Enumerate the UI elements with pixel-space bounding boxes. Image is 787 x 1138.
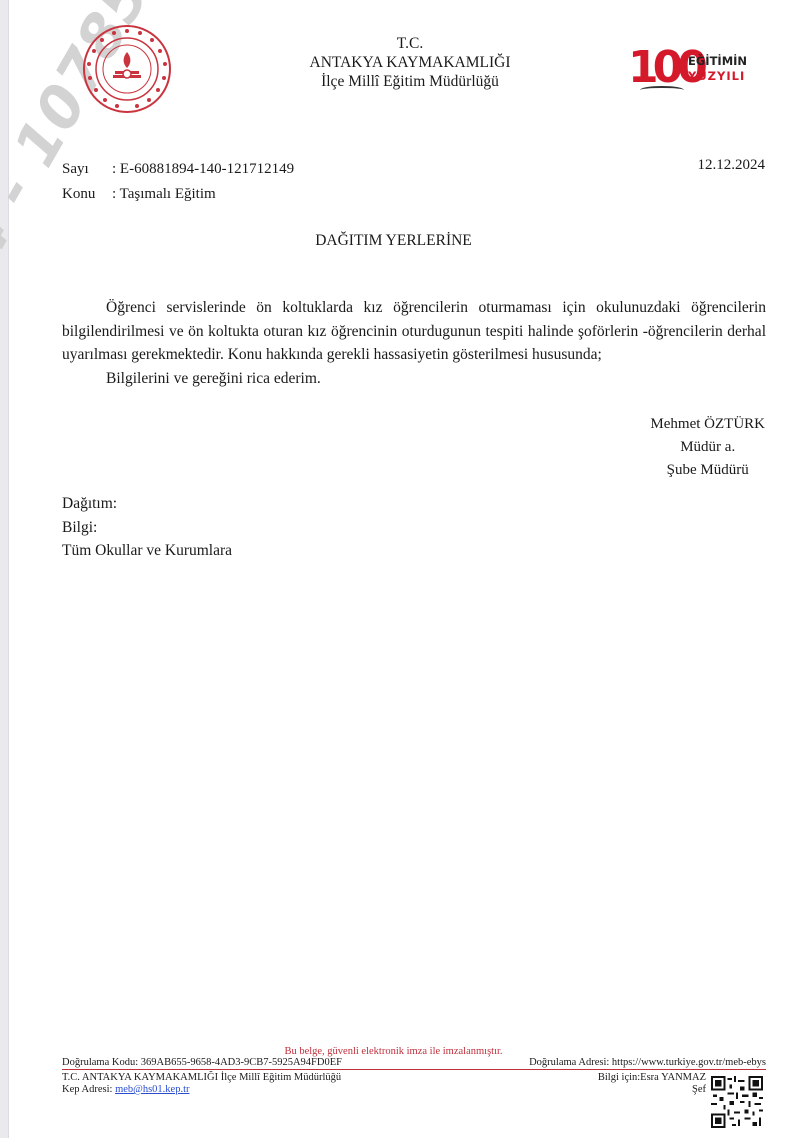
signature-block: Mehmet ÖZTÜRK Müdür a. Şube Müdürü [650,413,765,482]
signer-title-1: Müdür a. [650,436,765,459]
recipients: Tüm Okullar ve Kurumlara [62,539,232,563]
footer-row-1: Doğrulama Kodu: 369AB655-9658-4AD3-9CB7-… [62,1057,766,1070]
signer-name: Mehmet ÖZTÜRK [650,413,765,436]
logo-text-line-2: YÜZYILI [688,69,745,83]
verification-code: Doğrulama Kodu: 369AB655-9658-4AD3-9CB7-… [62,1057,342,1070]
sayi-label: Sayı [62,157,112,182]
letterhead: T.C. ANTAKYA KAYMAKAMLIĞI İlçe Millî Eği… [260,34,560,91]
addressee: DAĞITIM YERLERİNE [0,232,787,250]
letter-body: Öğrenci servislerinde ön koltuklarda kız… [62,296,766,390]
letterhead-line-3: İlçe Millî Eğitim Müdürlüğü [260,72,560,91]
konu-value: : Taşımalı Eğitim [112,186,216,202]
body-paragraph-1: Öğrenci servislerinde ön koltuklarda kız… [62,296,766,367]
meb-seal-icon [82,24,172,114]
footer-row-2: T.C. ANTAKYA KAYMAKAMLIĞI İlçe Millî Eği… [62,1072,766,1085]
signer-title-2: Şube Müdürü [650,459,765,482]
body-paragraph-2: Bilgilerini ve gereğini rica ederim. [62,367,766,391]
qr-code-icon [711,1076,763,1128]
sayi-row: Sayı: E-60881894-140-121712149 [62,157,294,182]
egitimin-yuzyili-logo: 100 EĞİTİMİN YÜZYILI [628,48,768,98]
bilgi-label: Bilgi: [62,516,232,540]
footer-row-3: Kep Adresi: meb@hs01.kep.tr Şef [62,1084,766,1097]
konu-row: Konu: Taşımalı Eğitim [62,182,294,207]
verification-address: Doğrulama Adresi: https://www.turkiye.go… [529,1057,766,1070]
kep-address: Kep Adresi: meb@hs01.kep.tr [62,1084,190,1097]
document-date: 12.12.2024 [698,157,766,174]
document-page: T.C. ANTAKYA KAYMAKAMLIĞI İlçe Millî Eği… [0,0,787,1138]
konu-label: Konu [62,182,112,207]
kep-link[interactable]: meb@hs01.kep.tr [115,1084,189,1095]
logo-text-line-1: EĞİTİMİN [688,54,747,68]
institution-name: T.C. ANTAKYA KAYMAKAMLIĞI İlçe Millî Eği… [62,1072,341,1085]
sayi-value: : E-60881894-140-121712149 [112,161,294,177]
letterhead-line-2: ANTAKYA KAYMAKAMLIĞI [260,53,560,72]
letterhead-line-1: T.C. [260,34,560,53]
open-book-icon [640,86,684,94]
document-meta: Sayı: E-60881894-140-121712149 Konu: Taş… [62,157,294,207]
dagitim-label: Dağıtım: [62,492,232,516]
kep-label: Kep Adresi: [62,1084,112,1095]
footer: Doğrulama Kodu: 369AB655-9658-4AD3-9CB7-… [62,1057,766,1097]
esign-note: Bu belge, güvenli elektronik imza ile im… [0,1046,787,1057]
distribution-block: Dağıtım: Bilgi: Tüm Okullar ve Kurumlara [62,492,232,563]
